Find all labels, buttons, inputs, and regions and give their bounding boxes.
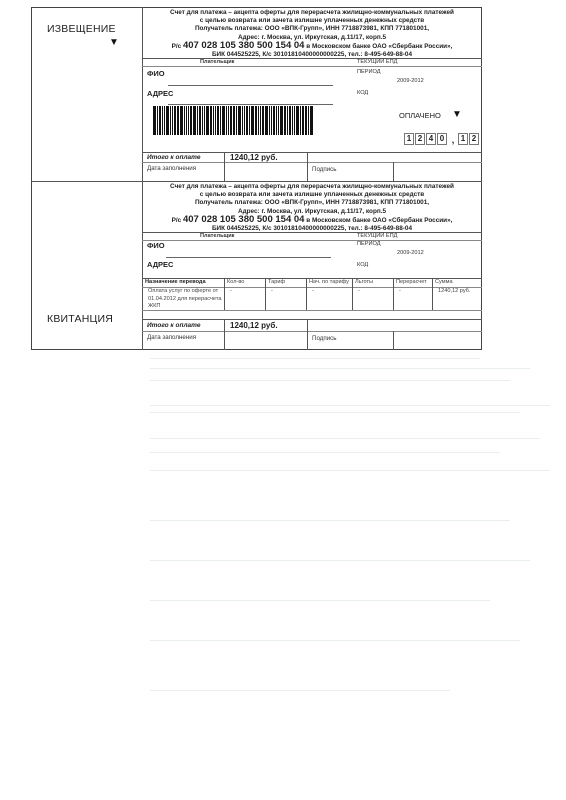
period-label: ПЕРИОД bbox=[357, 241, 381, 247]
table-header-cell: Сумма bbox=[435, 279, 453, 287]
barcode-bar bbox=[188, 106, 189, 135]
period-label: ПЕРИОД bbox=[357, 69, 381, 75]
barcode-bar bbox=[242, 106, 243, 135]
signature-field[interactable] bbox=[394, 163, 481, 180]
header-recipient: Получатель платежа: ООО «ВПК-Групп», ИНН… bbox=[142, 25, 482, 33]
address-label: АДРЕС bbox=[147, 260, 173, 269]
barcode-bar bbox=[233, 106, 235, 135]
receipt-header: Счет для платежа – акцепта оферты для пе… bbox=[142, 183, 482, 233]
fio-label: ФИО bbox=[147, 69, 165, 78]
barcode-bar bbox=[305, 106, 307, 135]
barcode-bar bbox=[180, 106, 183, 135]
table-header-cell: Кол-во bbox=[227, 279, 244, 287]
table-cell: - bbox=[312, 288, 350, 296]
barcode-bar bbox=[159, 106, 161, 135]
barcode-bar bbox=[271, 106, 272, 135]
digit-box: 1 bbox=[404, 133, 414, 145]
barcode bbox=[153, 106, 363, 135]
barcode-bar bbox=[215, 106, 216, 135]
payer-row-top bbox=[142, 58, 482, 59]
down-arrow-icon: ▼ bbox=[109, 37, 119, 48]
receipt-label: КВИТАНЦИЯ bbox=[47, 313, 113, 325]
barcode-bar bbox=[202, 106, 203, 135]
table-column-divider bbox=[265, 278, 266, 310]
digit-box: 0 bbox=[437, 133, 447, 145]
table-cell: - bbox=[271, 288, 304, 296]
barcode-bar bbox=[238, 106, 241, 135]
fio-field[interactable] bbox=[168, 85, 333, 86]
table-column-divider bbox=[432, 278, 433, 310]
table-column-divider bbox=[352, 278, 353, 310]
total-row-top bbox=[142, 152, 482, 153]
barcode-bar bbox=[300, 106, 301, 135]
total-label: Итого к оплате bbox=[147, 322, 200, 329]
digit-box: 2 bbox=[415, 133, 425, 145]
barcode-bar bbox=[213, 106, 214, 135]
decimal-separator: , bbox=[448, 135, 458, 145]
barcode-bar bbox=[273, 106, 275, 135]
bank-name: в Московском банке ОАО «Сбербанк России»… bbox=[306, 217, 452, 224]
barcode-bar bbox=[199, 106, 201, 135]
table-header-cell: Тариф bbox=[268, 279, 285, 287]
section-divider bbox=[31, 181, 482, 182]
barcode-bar bbox=[308, 106, 309, 135]
barcode-bar bbox=[296, 106, 299, 135]
header-subtitle: с целью возврата или зачета излишне упла… bbox=[142, 191, 482, 199]
barcode-bar bbox=[204, 106, 205, 135]
barcode-bar bbox=[190, 106, 192, 135]
signature-label: Подпись bbox=[312, 166, 337, 173]
digit-box: 2 bbox=[469, 133, 479, 145]
header-account: Р/с 407 028 105 380 500 154 04 в Московс… bbox=[142, 42, 482, 51]
paid-amount-boxes: 1 2 4 0 , 1 2 bbox=[404, 133, 480, 145]
barcode-bar bbox=[302, 106, 304, 135]
table-column-divider bbox=[306, 278, 307, 310]
barcode-bar bbox=[276, 106, 277, 135]
barcode-bar bbox=[172, 106, 173, 135]
barcode-bar bbox=[184, 106, 185, 135]
signature-label: Подпись bbox=[312, 335, 337, 342]
barcode-bar bbox=[287, 106, 288, 135]
table-cell: Оплата услуг по оферте от 01.04.2012 для… bbox=[148, 288, 222, 311]
barcode-bar bbox=[157, 106, 158, 135]
payer-row-bottom bbox=[142, 66, 482, 67]
barcode-bar bbox=[210, 106, 212, 135]
account-prefix: Р/с bbox=[172, 217, 182, 224]
period-value: 2009-2012 bbox=[397, 78, 424, 84]
barcode-bar bbox=[170, 106, 171, 135]
barcode-bar bbox=[236, 106, 237, 135]
barcode-bar bbox=[294, 106, 295, 135]
paid-label: ОПЛАЧЕНО bbox=[399, 111, 441, 120]
total-col-2 bbox=[307, 319, 308, 350]
total-col-2 bbox=[307, 152, 308, 181]
barcode-bar bbox=[244, 106, 245, 135]
fill-date-label: Дата заполнения bbox=[147, 165, 196, 172]
address-field[interactable] bbox=[168, 104, 333, 105]
barcode-bar bbox=[284, 106, 286, 135]
total-value: 1240,12 руб. bbox=[230, 321, 278, 330]
table-header-cell: Перерасчет bbox=[396, 279, 427, 287]
barcode-bar bbox=[292, 106, 293, 135]
account-number: 407 028 105 380 500 154 04 bbox=[183, 214, 305, 225]
signature-field[interactable] bbox=[394, 332, 481, 349]
barcode-bar bbox=[246, 106, 248, 135]
barcode-bar bbox=[177, 106, 179, 135]
barcode-bar bbox=[228, 106, 229, 135]
table-cell: - bbox=[358, 288, 391, 296]
fill-date-field[interactable] bbox=[225, 332, 306, 349]
barcode-bar bbox=[197, 106, 198, 135]
address-label: АДРЕС bbox=[147, 89, 173, 98]
header-title: Счет для платежа – акцепта оферты для пе… bbox=[142, 9, 482, 17]
total-label: Итого к оплате bbox=[147, 154, 200, 161]
table-cell: - bbox=[230, 288, 263, 296]
header-title: Счет для платежа – акцепта оферты для пе… bbox=[142, 183, 482, 191]
barcode-bar bbox=[186, 106, 187, 135]
barcode-bar bbox=[258, 106, 259, 135]
paid-arrow-icon: ▼ bbox=[452, 109, 462, 120]
barcode-bar bbox=[193, 106, 196, 135]
header-subtitle: с целью возврата или зачета излишне упла… bbox=[142, 17, 482, 25]
current-epd-label: ТЕКУЩИЙ ЕПД bbox=[357, 59, 397, 65]
barcode-bar bbox=[166, 106, 169, 135]
total-value: 1240,12 руб. bbox=[230, 153, 278, 162]
digit-box: 4 bbox=[426, 133, 436, 145]
table-header-cell: Льготы bbox=[355, 279, 373, 287]
barcode-bar bbox=[222, 106, 225, 135]
notice-header: Счет для платежа – акцепта оферты для пе… bbox=[142, 9, 482, 59]
payer-row-bottom bbox=[142, 240, 482, 241]
current-epd-label: ТЕКУЩИЙ ЕПД bbox=[357, 233, 397, 239]
fio-field[interactable] bbox=[166, 257, 331, 258]
barcode-bar bbox=[162, 106, 163, 135]
barcode-bar bbox=[260, 106, 261, 135]
barcode-bar bbox=[269, 106, 270, 135]
barcode-bar bbox=[226, 106, 227, 135]
barcode-bar bbox=[310, 106, 313, 135]
table-cell: - bbox=[399, 288, 430, 296]
barcode-bar bbox=[265, 106, 268, 135]
barcode-bar bbox=[280, 106, 283, 135]
notice-label: ИЗВЕЩЕНИЕ bbox=[47, 23, 116, 35]
fill-date-field[interactable] bbox=[225, 163, 306, 180]
table-header-cell: Назначение перевода bbox=[145, 279, 206, 287]
table-column-divider bbox=[224, 278, 225, 310]
barcode-bar bbox=[289, 106, 291, 135]
period-value: 2009-2012 bbox=[397, 250, 424, 256]
barcode-bar bbox=[251, 106, 254, 135]
barcode-bar bbox=[217, 106, 219, 135]
payer-row-top bbox=[142, 232, 482, 233]
digit-box: 1 bbox=[458, 133, 468, 145]
code-label: КОД bbox=[357, 90, 368, 96]
barcode-bar bbox=[230, 106, 232, 135]
payer-label: Плательщик bbox=[200, 233, 235, 239]
table-cell: 1240,12 руб. bbox=[438, 288, 480, 296]
total-row-top bbox=[142, 319, 482, 320]
barcode-bar bbox=[164, 106, 165, 135]
barcode-bar bbox=[249, 106, 250, 135]
bank-name: в Московском банке ОАО «Сбербанк России»… bbox=[306, 43, 452, 50]
account-number: 407 028 105 380 500 154 04 bbox=[183, 40, 305, 51]
barcode-bar bbox=[255, 106, 257, 135]
barcode-bar bbox=[153, 106, 156, 135]
header-recipient: Получатель платежа: ООО «ВПК-Групп», ИНН… bbox=[142, 199, 482, 207]
header-account: Р/с 407 028 105 380 500 154 04 в Московс… bbox=[142, 216, 482, 225]
account-prefix: Р/с bbox=[172, 43, 182, 50]
fio-label: ФИО bbox=[147, 241, 165, 250]
barcode-bar bbox=[262, 106, 264, 135]
table-column-divider bbox=[393, 278, 394, 310]
payer-label: Плательщик bbox=[200, 59, 235, 65]
table-header-cell: Нач. по тарифу bbox=[309, 279, 349, 287]
code-label: КОД bbox=[357, 262, 368, 268]
fill-date-label: Дата заполнения bbox=[147, 334, 196, 341]
barcode-bar bbox=[206, 106, 209, 135]
barcode-bar bbox=[174, 106, 176, 135]
barcode-bar bbox=[220, 106, 221, 135]
barcode-bar bbox=[278, 106, 279, 135]
